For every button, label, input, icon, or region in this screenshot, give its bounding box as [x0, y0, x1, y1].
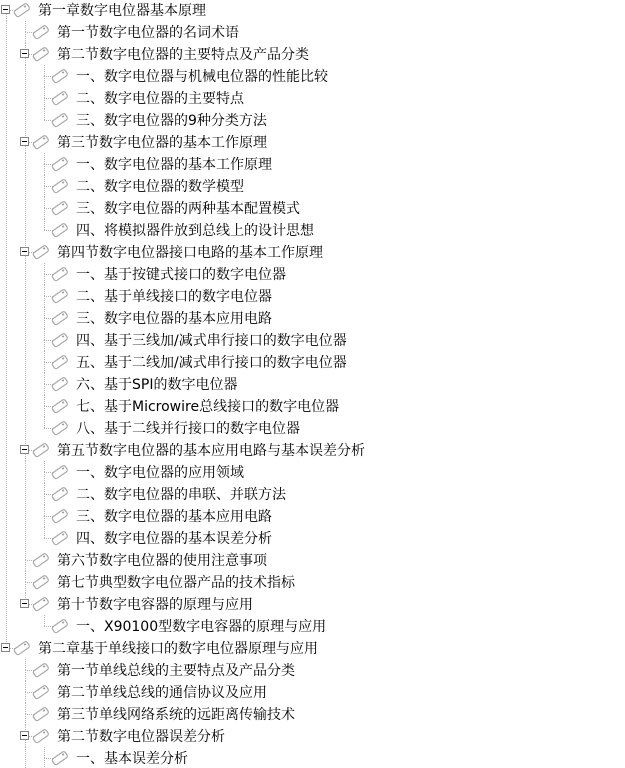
tree-item-label[interactable]: 一、数字电位器的应用领域	[76, 462, 244, 482]
tree-guide-column	[19, 329, 38, 351]
tree-guide-column	[0, 329, 19, 351]
tree-item[interactable]: 第四节数字电位器接口电路的基本工作原理	[0, 241, 625, 263]
bookmark-tag-icon[interactable]	[32, 662, 50, 678]
tree-line-vertical	[6, 197, 7, 219]
tree-item-label[interactable]: 三、数字电位器的两种基本配置模式	[76, 198, 300, 218]
tree-guide-column	[19, 263, 38, 285]
tree-guide-column	[19, 395, 38, 417]
tree-guide-column	[0, 285, 19, 307]
tree-line-vertical	[44, 483, 45, 494]
tree-item[interactable]: 二、数字电位器的串联、并联方法	[0, 483, 625, 505]
tree-line-vertical	[6, 263, 7, 285]
minus-box-icon[interactable]	[20, 137, 29, 146]
bookmark-tag-icon[interactable]	[32, 442, 50, 458]
tree-guide-column	[19, 373, 38, 395]
tree-item-label[interactable]: 八、基于二线并行接口的数字电位器	[76, 418, 300, 438]
tree-line-vertical	[44, 351, 45, 362]
tree-item-label[interactable]: 第二节单线总线的通信协议及应用	[57, 682, 267, 702]
tree-guide-column	[19, 351, 38, 373]
tree-item-label[interactable]: 三、数字电位器的基本应用电路	[76, 308, 272, 328]
tree-guide-column	[0, 571, 19, 593]
tree-item[interactable]: 第六节数字电位器的使用注意事项	[0, 549, 625, 571]
tree-line-vertical	[44, 417, 45, 428]
bookmark-tag-icon[interactable]	[32, 134, 50, 150]
tree-item[interactable]: 第七节典型数字电位器产品的技术指标	[0, 571, 625, 593]
bookmark-tag-icon[interactable]	[32, 24, 50, 40]
tree-line-vertical	[25, 285, 26, 307]
tree-line-vertical	[6, 483, 7, 505]
tree-guide-column	[19, 153, 38, 175]
tree-guide-column	[0, 219, 19, 241]
tree-item-label[interactable]: 第一节数字电位器的名词术语	[57, 22, 239, 42]
minus-glyph	[22, 141, 27, 142]
tree-item[interactable]: 四、数字电位器的基本误差分析	[0, 527, 625, 549]
tree-item-label[interactable]: 四、基于三线加/减式串行接口的数字电位器	[76, 330, 347, 350]
tree-guide-column	[19, 219, 38, 241]
tree-line-vertical	[44, 208, 45, 219]
tree-line-vertical	[25, 197, 26, 219]
tree-guide-column	[0, 87, 19, 109]
tree-line-vertical	[25, 395, 26, 417]
tree-guide-column	[0, 351, 19, 373]
tree-line-vertical	[6, 549, 7, 571]
tree-guide-column	[0, 263, 19, 285]
tree-guide-column	[0, 615, 19, 637]
tree-guide-column	[0, 197, 19, 219]
tree-line-vertical	[25, 461, 26, 483]
tree-item-label[interactable]: 二、数字电位器的数学模型	[76, 176, 244, 196]
tree-item[interactable]: 七、基于Microwire总线接口的数字电位器	[0, 395, 625, 417]
tree-line-vertical	[25, 263, 26, 285]
tree-guide-column	[0, 307, 19, 329]
tree-guide-column	[0, 417, 19, 439]
tree-line-vertical	[25, 87, 26, 109]
tree-guide-column	[19, 505, 38, 527]
tree-line-vertical	[25, 692, 26, 703]
bookmark-tag-icon[interactable]	[51, 222, 69, 238]
tree-line-vertical	[25, 417, 26, 439]
tree-guide-column	[0, 725, 19, 747]
tree-line-vertical	[6, 87, 7, 109]
tree-line-vertical	[25, 681, 26, 692]
tree-item-label[interactable]: 第三节单线网络系统的远距离传输技术	[57, 704, 295, 724]
tree-item[interactable]: 第一章数字电位器基本原理	[0, 0, 625, 21]
bookmark-tag-icon[interactable]	[32, 684, 50, 700]
minus-glyph	[3, 9, 8, 10]
tree-line-vertical	[25, 219, 26, 241]
tree-line-vertical	[6, 329, 7, 351]
tree-line-vertical	[25, 714, 26, 725]
tree-line-vertical	[6, 241, 7, 263]
tree-guide-column	[0, 439, 19, 461]
minus-box-icon[interactable]	[20, 445, 29, 454]
tree-guide-column	[0, 241, 19, 263]
tree-line-vertical	[25, 747, 26, 768]
tree-guide-column	[19, 87, 38, 109]
tree-line-vertical	[25, 505, 26, 527]
tree-item[interactable]: 二、数字电位器的数学模型	[0, 175, 625, 197]
bookmark-tag-icon[interactable]	[51, 332, 69, 348]
bookmark-tag-icon[interactable]	[51, 376, 69, 392]
tree-line-vertical	[44, 219, 45, 230]
tree-line-vertical	[44, 87, 45, 98]
tree-item-label[interactable]: 一、基于按键式接口的数字电位器	[76, 264, 286, 284]
tree-line-vertical	[6, 285, 7, 307]
tree-line-vertical	[44, 340, 45, 351]
minus-glyph	[22, 449, 27, 450]
minus-box-icon[interactable]	[1, 643, 10, 652]
tree-line-vertical	[6, 505, 7, 527]
tree-line-vertical	[6, 131, 7, 153]
tree-item-label[interactable]: 第三节数字电位器的基本工作原理	[57, 132, 267, 152]
tree-line-vertical	[25, 329, 26, 351]
bookmark-tag-icon[interactable]	[51, 398, 69, 414]
tree-guide-column	[0, 395, 19, 417]
bookmark-tag-icon[interactable]	[32, 706, 50, 722]
tree-guide-column	[19, 483, 38, 505]
minus-glyph	[22, 735, 27, 736]
tree-guide-column	[0, 703, 19, 725]
bookmark-tag-icon[interactable]	[51, 464, 69, 480]
tree-line-vertical	[44, 494, 45, 505]
tree-line-vertical	[44, 329, 45, 340]
bookmark-tag-icon[interactable]	[51, 266, 69, 282]
tree-line-vertical	[44, 516, 45, 527]
minus-glyph	[3, 647, 8, 648]
tree-guide-column	[19, 197, 38, 219]
tree-line-vertical	[6, 307, 7, 329]
bookmark-tag-icon[interactable]	[32, 552, 50, 568]
bookmark-tag-icon[interactable]	[13, 640, 31, 656]
bookmark-tag-icon[interactable]	[51, 420, 69, 436]
tree-line-vertical	[25, 109, 26, 131]
tree-line-vertical	[25, 670, 26, 681]
tree-item-label[interactable]: 三、数字电位器的基本应用电路	[76, 506, 272, 526]
tree-line-vertical	[44, 76, 45, 87]
bookmark-tag-icon[interactable]	[51, 750, 69, 766]
tree-line-vertical	[44, 758, 45, 768]
tree-item-label[interactable]: 一、基本误差分析	[76, 748, 188, 768]
tree-item[interactable]: 八、基于二线并行接口的数字电位器	[0, 417, 625, 439]
tree-guide-column	[19, 747, 38, 768]
tree-line-vertical	[6, 65, 7, 87]
tree-line-vertical	[6, 439, 7, 461]
tree-item[interactable]: 一、数字电位器的基本工作原理	[0, 153, 625, 175]
tree-line-vertical	[44, 527, 45, 538]
tree-item[interactable]: 第二节单线总线的通信协议及应用	[0, 681, 625, 703]
tree-line-vertical	[44, 98, 45, 109]
tree-guide-column	[0, 681, 19, 703]
tree-item-label[interactable]: 第二节数字电位器的主要特点及产品分类	[57, 44, 309, 64]
tree-line-vertical	[44, 175, 45, 186]
minus-box-icon[interactable]	[20, 599, 29, 608]
tree-item[interactable]: 第十节数字电容器的原理与应用	[0, 593, 625, 615]
bookmark-panel: 第一章数字电位器基本原理 第一节数字电位器的名词术语 第二节数字电位器的主要特点…	[0, 0, 625, 768]
tree-line-vertical	[6, 43, 7, 65]
minus-glyph	[22, 251, 27, 252]
tree-line-vertical	[6, 109, 7, 131]
tree-guide-column	[0, 65, 19, 87]
tree-line-vertical	[44, 747, 45, 758]
tree-item-label[interactable]: 第七节典型数字电位器产品的技术指标	[57, 572, 295, 592]
bookmark-tag-icon[interactable]	[51, 486, 69, 502]
bookmark-tag-icon[interactable]	[32, 46, 50, 62]
tree-line-vertical	[6, 461, 7, 483]
tree-guide-column	[19, 109, 38, 131]
tree-guide-column	[0, 175, 19, 197]
tree-item[interactable]: 二、基于单线接口的数字电位器	[0, 285, 625, 307]
tree-line-vertical	[25, 175, 26, 197]
tree-line-vertical	[6, 417, 7, 439]
minus-box-icon[interactable]	[20, 731, 29, 740]
tree-item-label[interactable]: 第一章数字电位器基本原理	[38, 0, 206, 20]
bookmark-tag-icon[interactable]	[32, 596, 50, 612]
tree-guide-column	[0, 109, 19, 131]
tree-line-vertical	[44, 362, 45, 373]
tree-line-vertical	[6, 219, 7, 241]
outline-tree: 第一章数字电位器基本原理 第一节数字电位器的名词术语 第二节数字电位器的主要特点…	[0, 0, 625, 768]
tree-line-vertical	[44, 395, 45, 406]
tree-item-label[interactable]: 一、数字电位器与机械电位器的性能比较	[76, 66, 328, 86]
tree-guide-column	[0, 747, 19, 768]
bookmark-tag-icon[interactable]	[51, 156, 69, 172]
bookmark-tag-icon[interactable]	[51, 310, 69, 326]
tree-guide-column	[19, 615, 38, 637]
tree-guide-column	[19, 461, 38, 483]
tree-guide-column	[0, 461, 19, 483]
tree-line-vertical	[25, 582, 26, 593]
tree-line-vertical	[25, 307, 26, 329]
bookmark-tag-icon[interactable]	[32, 728, 50, 744]
tree-line-vertical	[6, 615, 7, 637]
tree-line-vertical	[25, 483, 26, 505]
tree-item-label[interactable]: 第六节数字电位器的使用注意事项	[57, 550, 267, 570]
tree-line-vertical	[25, 32, 26, 43]
tree-item[interactable]: 四、基于三线加/减式串行接口的数字电位器	[0, 329, 625, 351]
minus-glyph	[22, 603, 27, 604]
tree-item-label[interactable]: 一、X90100型数字电容器的原理与应用	[76, 616, 326, 636]
tree-guide-column	[0, 153, 19, 175]
tree-line-vertical	[25, 571, 26, 582]
tree-line-vertical	[6, 571, 7, 593]
tree-item-label[interactable]: 四、数字电位器的基本误差分析	[76, 528, 272, 548]
tree-item[interactable]: 三、数字电位器的基本应用电路	[0, 307, 625, 329]
bookmark-tag-icon[interactable]	[51, 200, 69, 216]
tree-item[interactable]: 一、基于按键式接口的数字电位器	[0, 263, 625, 285]
tree-guide-column	[0, 527, 19, 549]
tree-guide-column	[19, 285, 38, 307]
tree-guide-column	[0, 659, 19, 681]
tree-line-vertical	[6, 395, 7, 417]
tree-item[interactable]: 三、数字电位器的基本应用电路	[0, 505, 625, 527]
tree-line-vertical	[6, 21, 7, 43]
tree-line-vertical	[44, 153, 45, 164]
bookmark-tag-icon[interactable]	[51, 288, 69, 304]
tree-line-vertical	[25, 21, 26, 32]
tree-line-vertical	[6, 527, 7, 549]
tree-line-vertical	[25, 549, 26, 560]
tree-item[interactable]: 第二节数字电位器误差分析	[0, 725, 625, 747]
bookmark-tag-icon[interactable]	[51, 354, 69, 370]
tree-line-vertical	[6, 351, 7, 373]
tree-guide-column	[0, 131, 19, 153]
tree-item-label[interactable]: 七、基于Microwire总线接口的数字电位器	[76, 396, 339, 416]
tree-line-vertical	[25, 527, 26, 549]
tree-item[interactable]: 一、数字电位器与机械电位器的性能比较	[0, 65, 625, 87]
tree-item[interactable]: 第二节数字电位器的主要特点及产品分类	[0, 43, 625, 65]
bookmark-tag-icon[interactable]	[51, 112, 69, 128]
bookmark-tag-icon[interactable]	[51, 618, 69, 634]
tree-guide-column	[19, 175, 38, 197]
tree-item-label[interactable]: 五、基于二线加/减式串行接口的数字电位器	[76, 352, 347, 372]
tree-line-vertical	[25, 351, 26, 373]
tree-item[interactable]: 第二章基于单线接口的数字电位器原理与应用	[0, 637, 625, 659]
tree-line-vertical	[6, 153, 7, 175]
tree-line-vertical	[44, 164, 45, 175]
tree-item-label[interactable]: 二、数字电位器的串联、并联方法	[76, 484, 286, 504]
tree-item[interactable]: 一、基本误差分析	[0, 747, 625, 768]
tree-line-vertical	[44, 263, 45, 274]
tree-line-vertical	[44, 65, 45, 76]
tree-item-label[interactable]: 三、数字电位器的9种分类方法	[76, 110, 267, 130]
tree-guide-column	[0, 549, 19, 571]
tree-guide-column	[0, 593, 19, 615]
tree-line-vertical	[44, 406, 45, 417]
tree-line-vertical	[44, 472, 45, 483]
tree-guide-column	[0, 21, 19, 43]
tree-item[interactable]: 二、数字电位器的主要特点	[0, 87, 625, 109]
bookmark-tag-icon[interactable]	[51, 530, 69, 546]
tree-guide-column	[0, 43, 19, 65]
tree-item[interactable]: 三、数字电位器的9种分类方法	[0, 109, 625, 131]
tree-guide-column	[19, 307, 38, 329]
tree-item-label[interactable]: 第二章基于单线接口的数字电位器原理与应用	[38, 638, 318, 658]
tree-item[interactable]: 第一节单线总线的主要特点及产品分类	[0, 659, 625, 681]
tree-item[interactable]: 三、数字电位器的两种基本配置模式	[0, 197, 625, 219]
minus-box-icon[interactable]	[20, 247, 29, 256]
tree-item[interactable]: 一、数字电位器的应用领域	[0, 461, 625, 483]
tree-item-label[interactable]: 一、数字电位器的基本工作原理	[76, 154, 272, 174]
tree-item[interactable]: 第五节数字电位器的基本应用电路与基本误差分析	[0, 439, 625, 461]
tree-guide-column	[0, 373, 19, 395]
minus-box-icon[interactable]	[1, 5, 10, 14]
tree-item-label[interactable]: 第五节数字电位器的基本应用电路与基本误差分析	[57, 440, 365, 460]
tree-line-vertical	[25, 659, 26, 670]
tree-line-vertical	[6, 175, 7, 197]
tree-item-label[interactable]: 六、基于SPI的数字电位器	[76, 374, 237, 394]
tree-item-label[interactable]: 二、基于单线接口的数字电位器	[76, 286, 272, 306]
bookmark-tag-icon[interactable]	[51, 68, 69, 84]
tree-item-label[interactable]: 第四节数字电位器接口电路的基本工作原理	[57, 242, 323, 262]
tree-item[interactable]: 五、基于二线加/减式串行接口的数字电位器	[0, 351, 625, 373]
tree-item[interactable]: 第三节数字电位器的基本工作原理	[0, 131, 625, 153]
tree-guide-column	[19, 417, 38, 439]
tree-item-label[interactable]: 第二节数字电位器误差分析	[57, 726, 225, 746]
bookmark-tag-icon[interactable]	[51, 178, 69, 194]
tree-line-vertical	[44, 373, 45, 384]
tree-line-vertical	[6, 593, 7, 615]
tree-line-vertical	[44, 197, 45, 208]
tree-item-label[interactable]: 四、将模拟器件放到总线上的设计思想	[76, 220, 314, 240]
bookmark-tag-icon[interactable]	[32, 244, 50, 260]
tree-line-vertical	[25, 373, 26, 395]
tree-line-vertical	[44, 285, 45, 296]
tree-line-vertical	[44, 307, 45, 318]
tree-guide-column	[0, 505, 19, 527]
tree-item[interactable]: 四、将模拟器件放到总线上的设计思想	[0, 219, 625, 241]
tree-line-vertical	[44, 274, 45, 285]
tree-line-vertical	[44, 505, 45, 516]
tree-line-vertical	[25, 153, 26, 175]
tree-item[interactable]: 六、基于SPI的数字电位器	[0, 373, 625, 395]
tree-line-vertical	[44, 109, 45, 120]
tree-line-vertical	[44, 318, 45, 329]
tree-item-label[interactable]: 二、数字电位器的主要特点	[76, 88, 244, 108]
tree-line-vertical	[44, 186, 45, 197]
tree-line-vertical	[44, 615, 45, 626]
tree-guide-column	[19, 527, 38, 549]
tree-item-label[interactable]: 第一节单线总线的主要特点及产品分类	[57, 660, 295, 680]
tree-item[interactable]: 第三节单线网络系统的远距离传输技术	[0, 703, 625, 725]
tree-item[interactable]: 一、X90100型数字电容器的原理与应用	[0, 615, 625, 637]
tree-line-vertical	[25, 65, 26, 87]
tree-guide-column	[19, 65, 38, 87]
tree-line-vertical	[25, 560, 26, 571]
bookmark-tag-icon[interactable]	[51, 508, 69, 524]
tree-item-label[interactable]: 第十节数字电容器的原理与应用	[57, 594, 253, 614]
tree-line-vertical	[25, 703, 26, 714]
bookmark-tag-icon[interactable]	[13, 2, 31, 18]
tree-line-vertical	[44, 296, 45, 307]
bookmark-tag-icon[interactable]	[51, 90, 69, 106]
minus-box-icon[interactable]	[20, 49, 29, 58]
minus-glyph	[22, 53, 27, 54]
tree-guide-column	[0, 483, 19, 505]
tree-line-vertical	[44, 461, 45, 472]
bookmark-tag-icon[interactable]	[32, 574, 50, 590]
tree-item[interactable]: 第一节数字电位器的名词术语	[0, 21, 625, 43]
tree-line-vertical	[44, 384, 45, 395]
tree-line-vertical	[6, 373, 7, 395]
